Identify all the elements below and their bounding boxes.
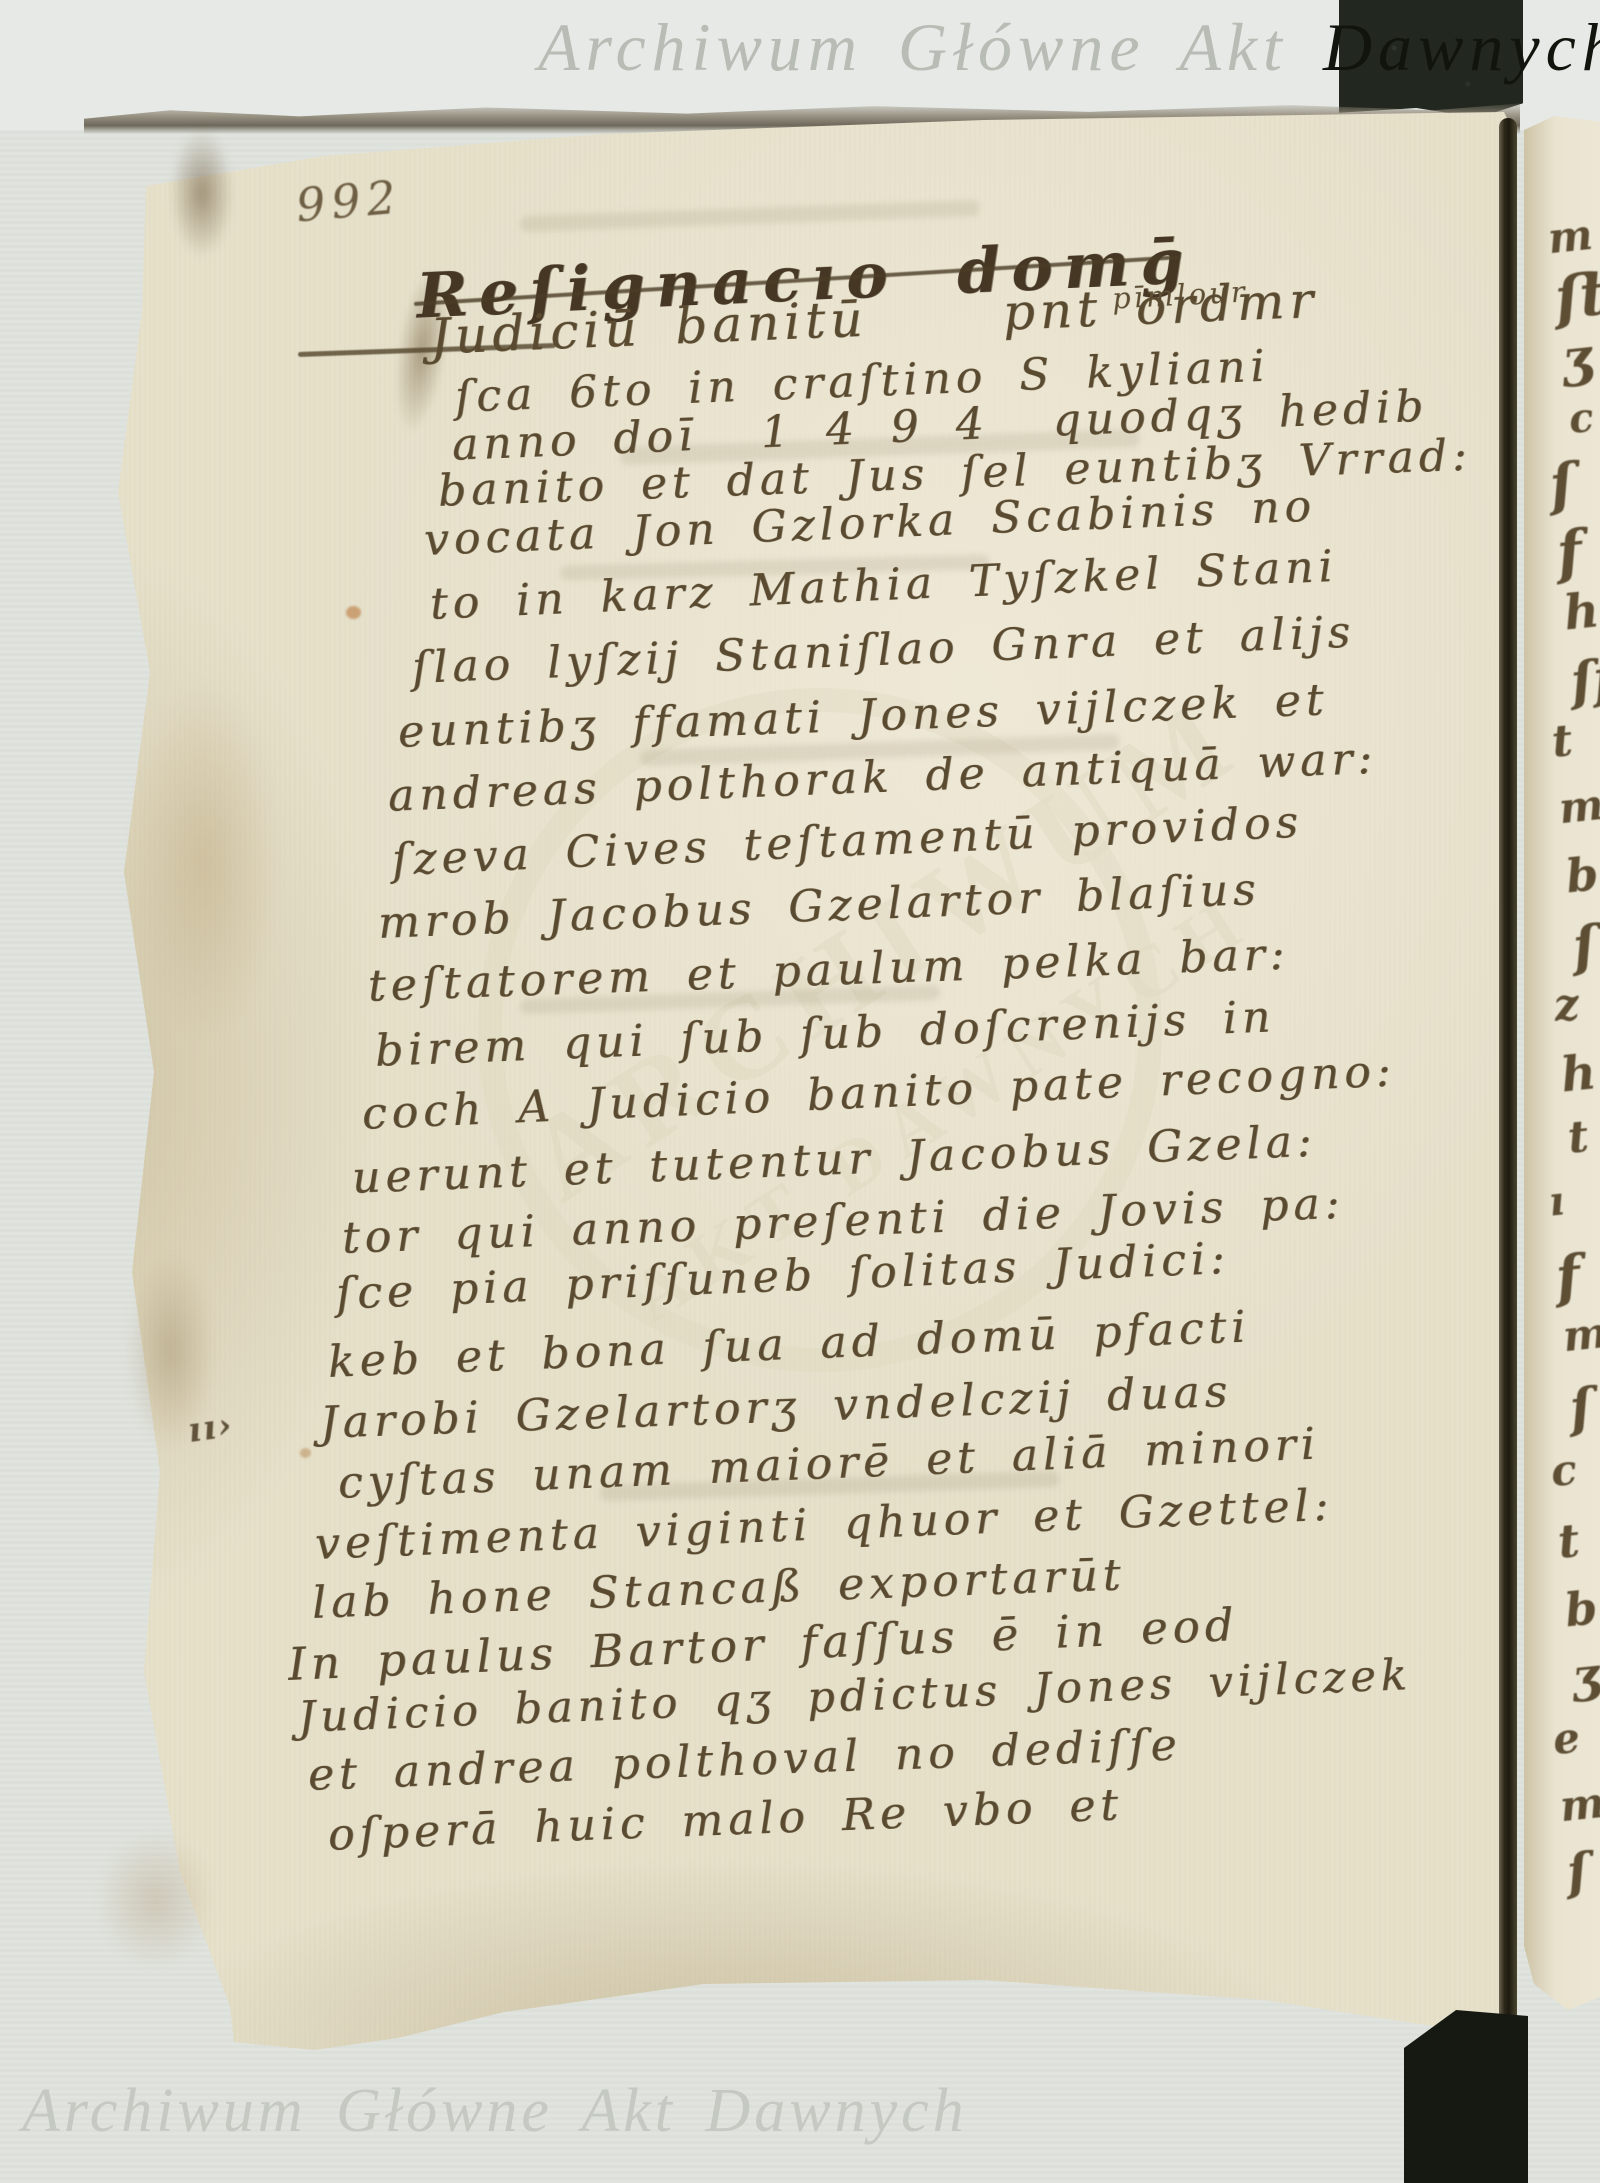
black-separator-tab bbox=[1339, 0, 1523, 120]
facing-page-ink-fragment: c bbox=[1567, 394, 1596, 443]
facing-page-ink-fragment: ſſ bbox=[1568, 648, 1600, 713]
facing-page-ink-fragment: e bbox=[1551, 1713, 1583, 1765]
facing-page-ink-fragment: m bbox=[1561, 1308, 1600, 1361]
facing-page-ink-fragment: ʒ bbox=[1559, 327, 1595, 391]
facing-page-ink-fragment: ﬅ bbox=[1552, 260, 1600, 333]
folio-number: 992 bbox=[294, 169, 404, 232]
facing-page-ink-fragment: b bbox=[1562, 1580, 1600, 1637]
facing-page-ink-fragment: b bbox=[1563, 846, 1600, 903]
facing-page-ink-fragment: z bbox=[1551, 979, 1581, 1032]
archive-watermark-bottom: Archiwum Główne Akt Dawnych bbox=[22, 2076, 968, 2147]
facing-page-ink-fragment: m bbox=[1558, 1778, 1600, 1831]
archive-scan: Archiwum Główne Akt Dawnych ARCHIWUM AKT… bbox=[0, 0, 1600, 2183]
facing-page-ink-fragment: m bbox=[1557, 780, 1600, 833]
black-spine-band bbox=[1404, 2008, 1528, 2183]
facing-page-ink-fragment: h bbox=[1558, 1044, 1599, 1103]
facing-page-ink-fragment: ʒ bbox=[1569, 1647, 1600, 1706]
margin-scribble: ıı› bbox=[185, 1405, 236, 1451]
facing-page-ink-fragment: m bbox=[1546, 210, 1595, 263]
facing-page-ink-fragment: c bbox=[1549, 1445, 1580, 1496]
facing-page-ink-fragment: h bbox=[1561, 582, 1600, 641]
book-gutter bbox=[1499, 118, 1517, 2036]
